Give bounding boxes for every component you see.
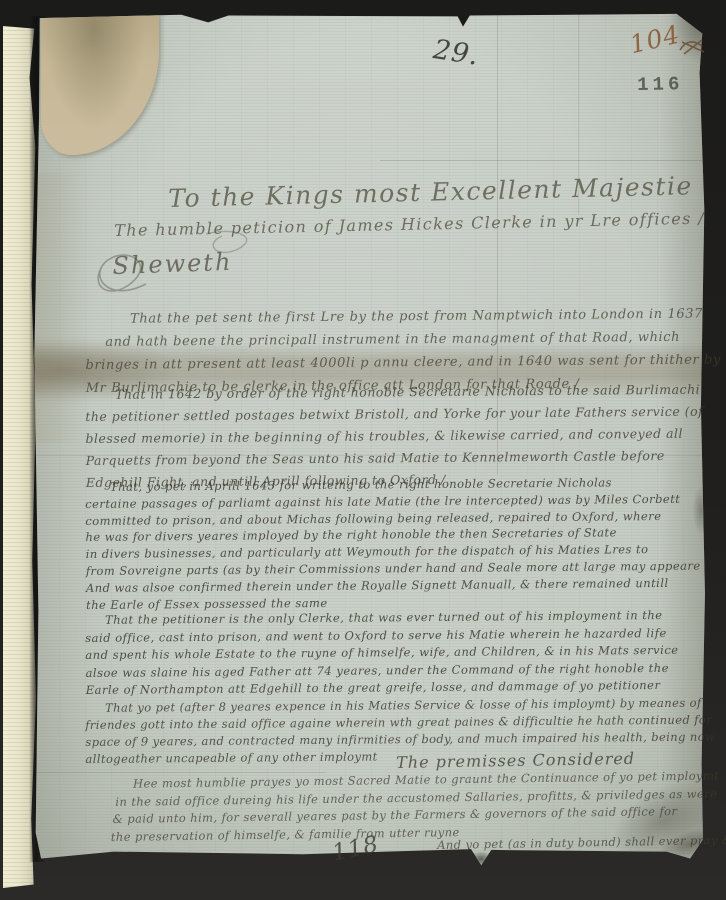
petition-paragraph: That, yo pet in Aprill 1643 for writeing… (85, 474, 701, 614)
ink-scribble-icon (678, 36, 708, 60)
folio-number-stamp: 116 (637, 73, 684, 96)
petition-salutation: Sheweth (112, 248, 233, 280)
archival-photograph: 29. 104 116 118 To the Kings most Excell… (0, 0, 726, 900)
petition-paragraph: That the petitioner is the only Clerke, … (85, 607, 679, 700)
